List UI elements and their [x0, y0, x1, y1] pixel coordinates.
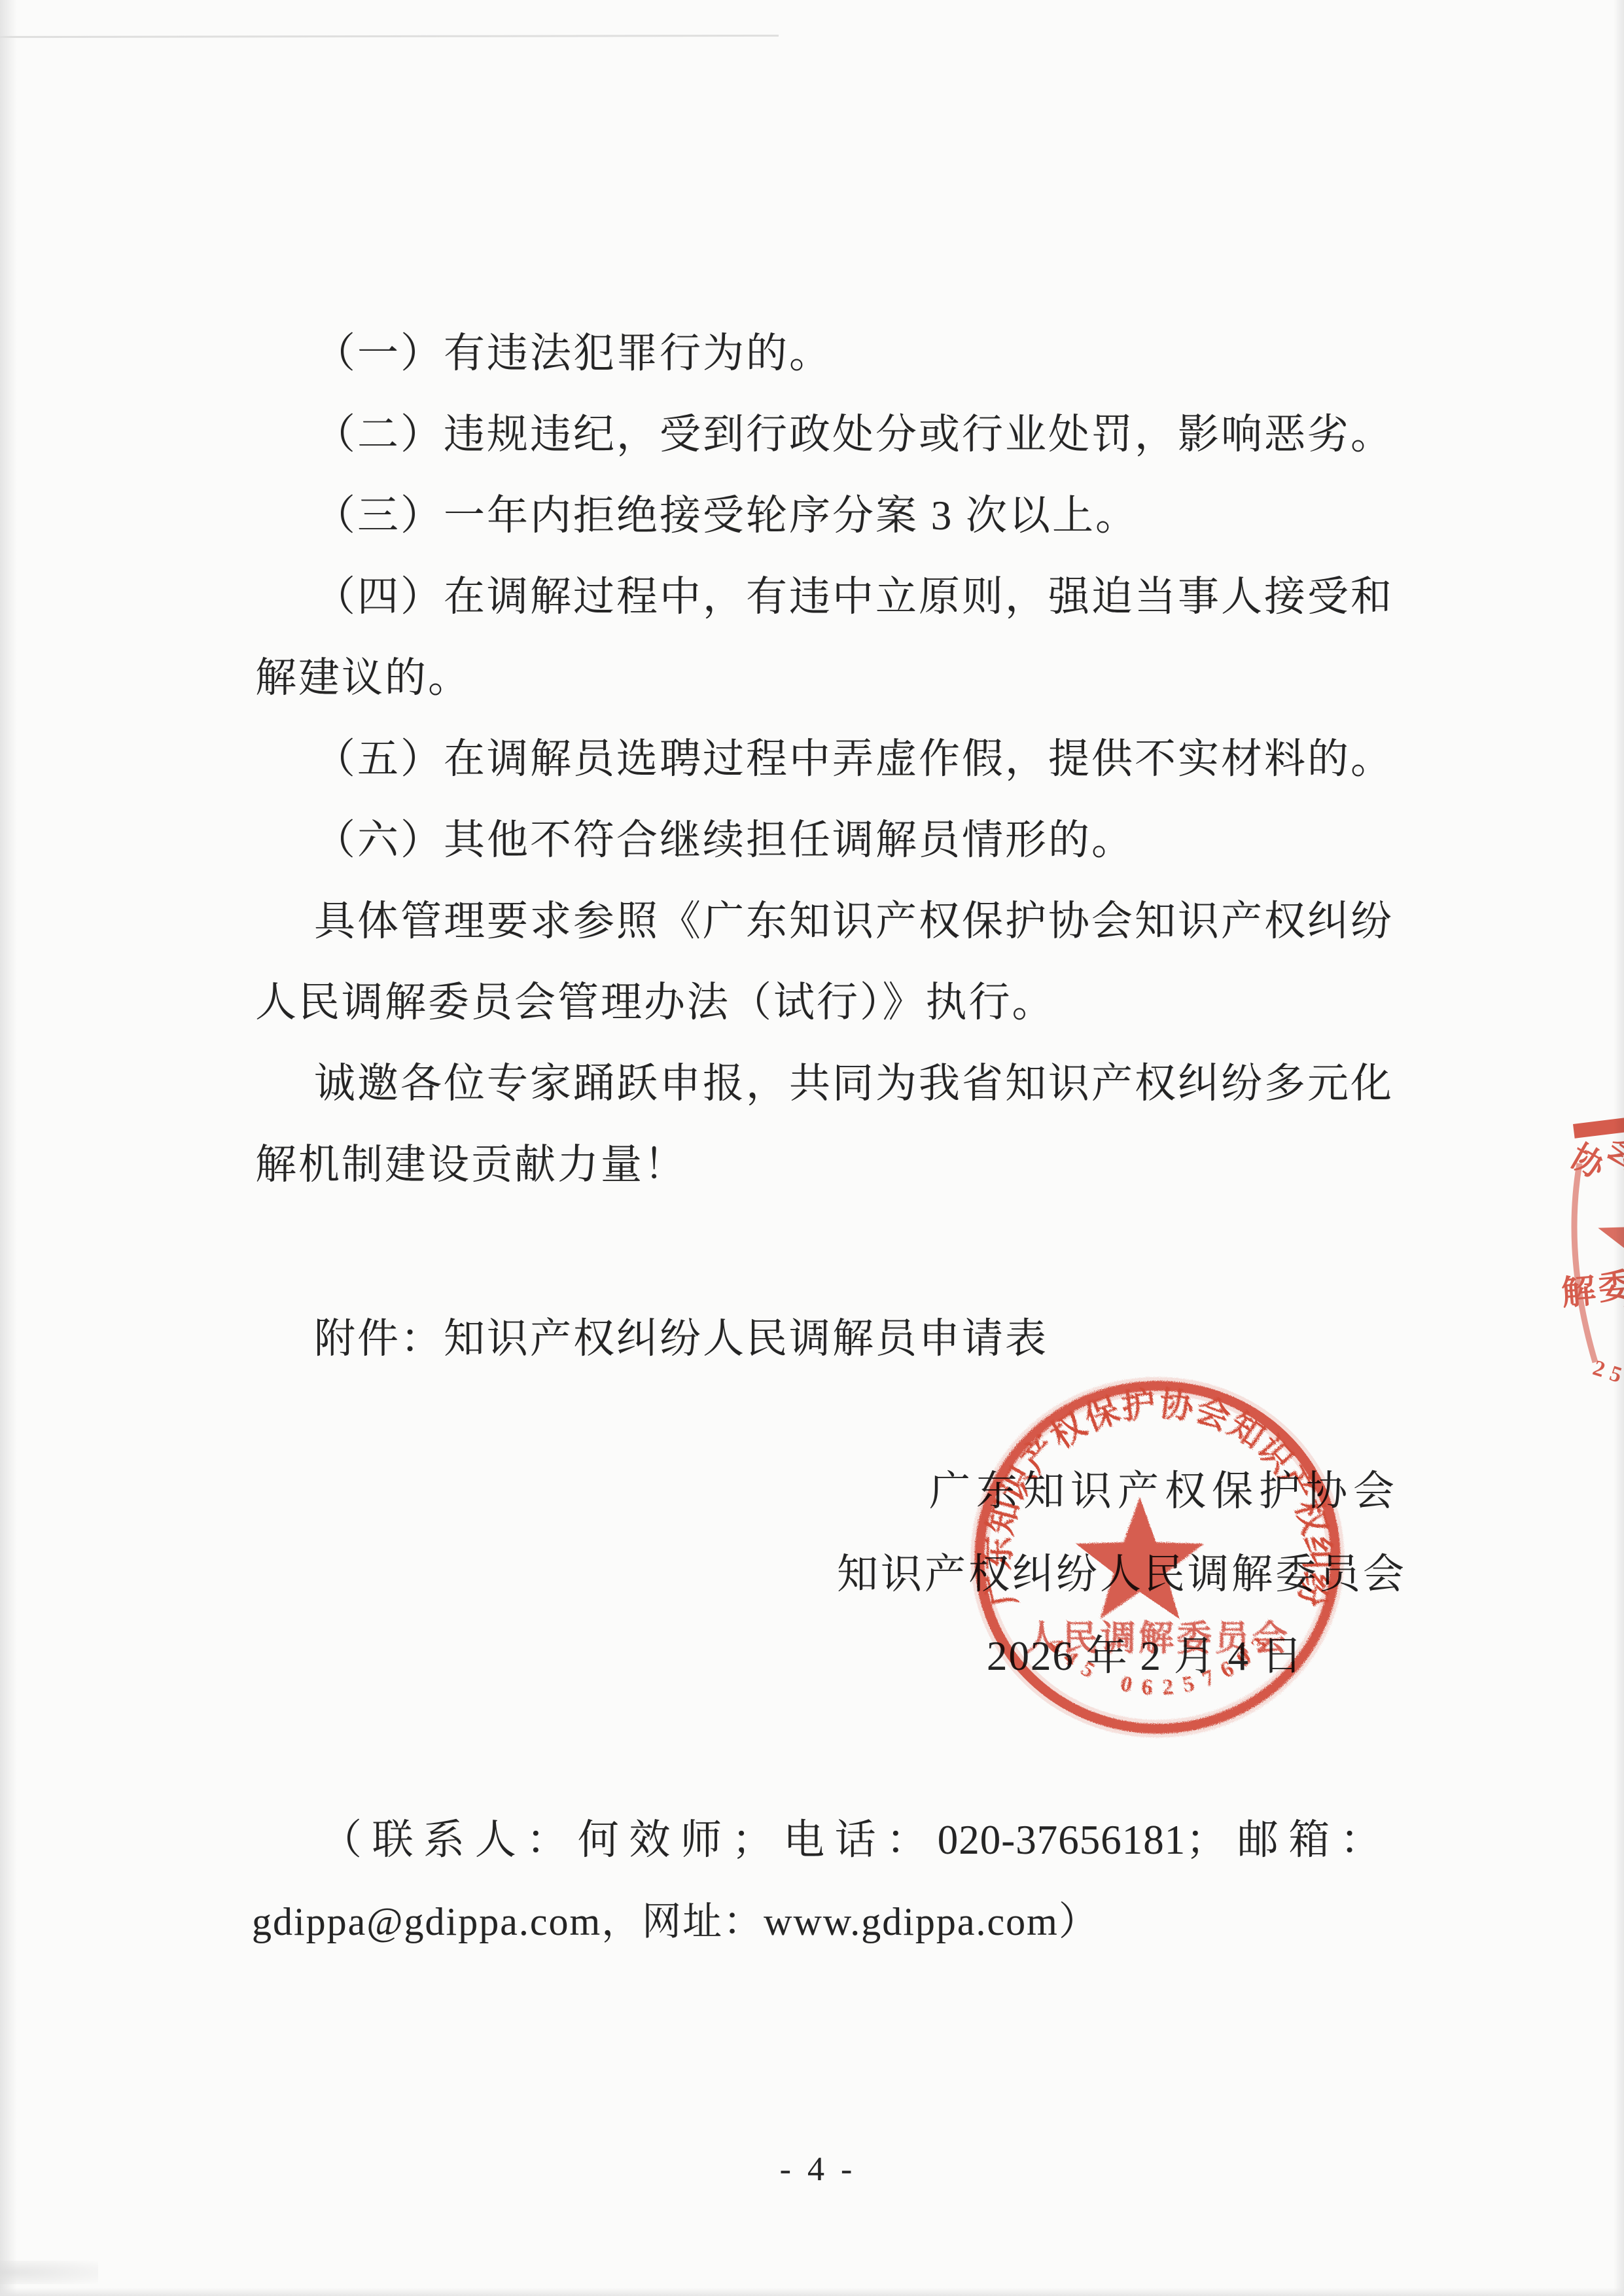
svg-text:0: 0 — [1118, 1671, 1135, 1697]
seal-star-icon — [1076, 1497, 1204, 1619]
body-line-7: （六）其他不符合继续担任调解员情形的。 — [314, 818, 1135, 862]
scanned-document-page: （一）有违法犯罪行为的。 （二）违规违纪，受到行政处分或行业处罚，影响恶劣。 （… — [0, 0, 1624, 2296]
ghost-seal-char-1: 协 — [1564, 1138, 1612, 1186]
svg-text:5: 5 — [1180, 1671, 1197, 1697]
svg-text:2: 2 — [1161, 1675, 1174, 1700]
ghost-seal-char-4: 委 — [1597, 1267, 1624, 1307]
body-line-3: （三）一年内拒绝接受轮序分案 3 次以上。 — [314, 493, 1139, 538]
contact-line-2: gdippa@gdippa.com，网址：www.gdippa.com） — [252, 1901, 1099, 1943]
body-line-1: （一）有违法犯罪行为的。 — [314, 331, 832, 376]
attachment-line: 附件：知识产权纠纷人民调解员申请表 — [314, 1316, 1048, 1361]
svg-text:纠: 纠 — [1297, 1536, 1335, 1571]
body-line-9: 人民调解委员会管理办法（试行）》执行。 — [255, 980, 1055, 1025]
scan-edge-line — [0, 35, 779, 38]
svg-text:5: 5 — [1077, 1657, 1099, 1684]
ghost-seal-arc-fragment — [1574, 1163, 1595, 1362]
body-line-10: 诚邀各位专家踊跃申报，共同为我省知识产权纠纷多元化 — [314, 1061, 1394, 1106]
svg-text:护: 护 — [1120, 1385, 1158, 1427]
scan-bottom-shadow — [0, 2287, 1624, 2296]
svg-text:东: 东 — [979, 1536, 1017, 1571]
contact-line-1: （联系人：何效师；电话：020-37656181；邮箱： — [321, 1818, 1382, 1862]
svg-text:协: 协 — [1157, 1385, 1197, 1427]
svg-text:纷: 纷 — [1291, 1568, 1335, 1610]
seal-inner-text: 人民调解委员会 — [1025, 1619, 1290, 1658]
body-line-8: 具体管理要求参照《广东知识产权保护协会知识产权纠纷 — [314, 899, 1394, 944]
svg-text:6: 6 — [1140, 1675, 1154, 1700]
body-line-2: （二）违规违纪，受到行政处分或行业处罚，影响恶劣。 — [314, 412, 1394, 457]
scan-left-shadow — [0, 0, 17, 2296]
svg-text:6: 6 — [1216, 1657, 1238, 1684]
official-seal-stamp: 广东知识产权保护协会知识产权纠纷 445 06257693 人民调解委员会 — [961, 1361, 1367, 1767]
scan-corner-shadow — [0, 2261, 98, 2284]
svg-text:7: 7 — [1199, 1665, 1218, 1692]
partial-seal-stamp: 协 会 解 委 25 — [1557, 1106, 1624, 1413]
body-line-4: （四）在调解过程中，有违中立原则，强迫当事人接受和 — [314, 574, 1394, 619]
body-line-6: （五）在调解员选聘过程中弄虚作假，提供不实材料的。 — [314, 737, 1394, 781]
ghost-seal-char-2: 会 — [1600, 1129, 1624, 1178]
body-line-5: 解建议的。 — [255, 656, 471, 700]
page-number: - 4 - — [716, 2151, 919, 2188]
body-line-11: 解机制建设贡献力量！ — [255, 1142, 687, 1187]
ghost-seal-char-3: 解 — [1560, 1272, 1597, 1313]
